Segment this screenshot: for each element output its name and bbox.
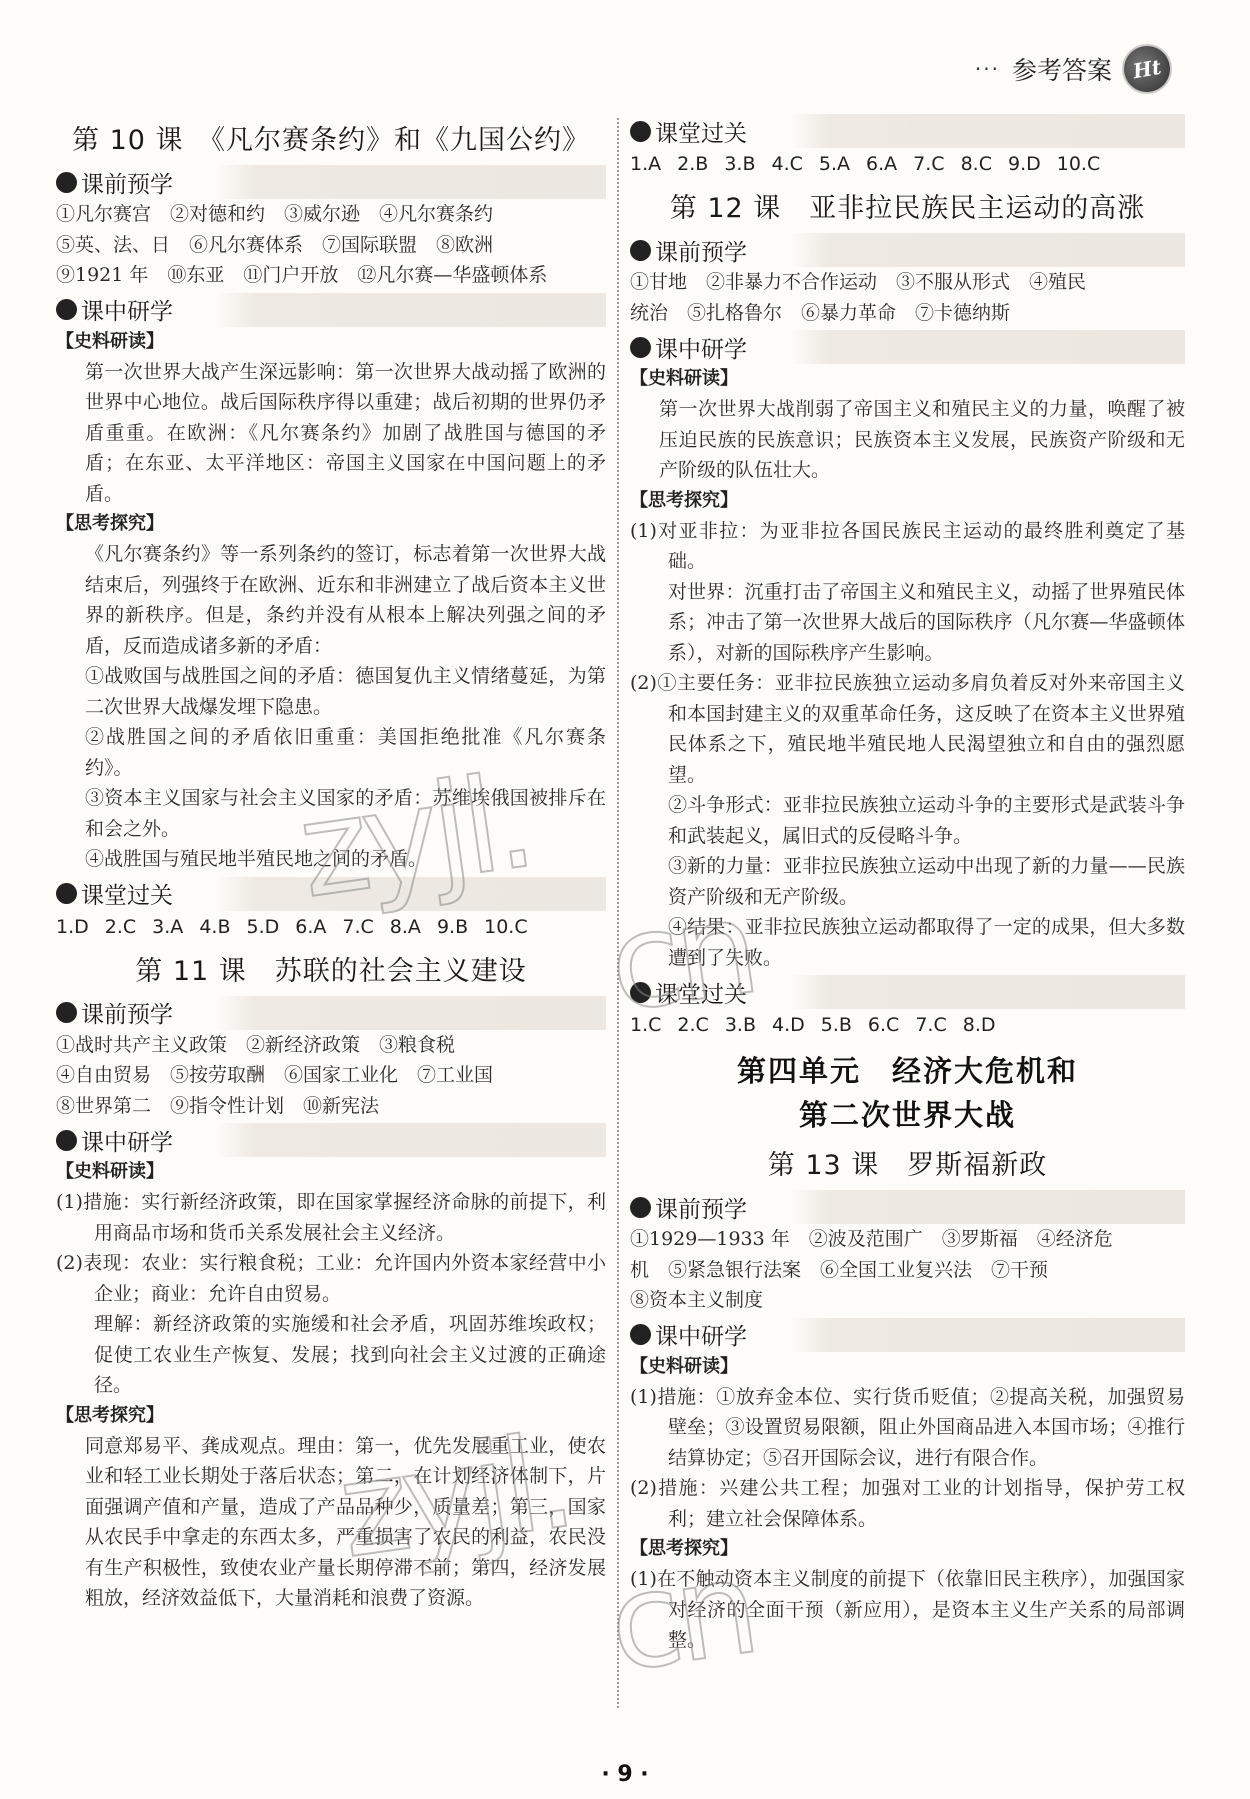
- inquiry-label: 【思考探究】: [630, 1534, 1185, 1564]
- section-pre-study: 课前预学: [56, 996, 606, 1030]
- answer: 5.B: [821, 1014, 852, 1036]
- section-in-class: 课中研学: [630, 1318, 1185, 1352]
- material-point: (1)措施：①放弃金本位、实行货币贬值；②提高关税，加强贸易壁垒；③设置贸易限额…: [630, 1382, 1185, 1474]
- pre-study-line: ⑨1921 年 ⑩东亚 ⑪门户开放 ⑫凡尔赛—华盛顿体系: [56, 260, 606, 291]
- bullet-icon: [630, 1324, 651, 1345]
- pre-study-line: ⑧资本主义制度: [630, 1285, 1185, 1316]
- bullet-icon: [630, 121, 651, 142]
- material-point: (1)措施：实行新经济政策，即在国家掌握经济命脉的前提下，利用商品市场和货币关系…: [56, 1187, 606, 1248]
- pre-study-line: 统治 ⑤扎格鲁尔 ⑥暴力革命 ⑦卡德纳斯: [630, 298, 1185, 329]
- inquiry-point: ②斗争形式：亚非拉民族独立运动斗争的主要形式是武装斗争和武装起义，属旧式的反侵略…: [630, 790, 1185, 851]
- inquiry-point: ④战胜国与殖民地半殖民地之间的矛盾。: [56, 844, 606, 875]
- answer: 5.D: [246, 916, 279, 938]
- inquiry-point: (1)在不触动资本主义制度的前提下（依靠旧民主秩序），加强国家对经济的全面干预（…: [630, 1564, 1185, 1656]
- material-reading-label: 【史料研读】: [630, 364, 1185, 394]
- answer: 8.A: [390, 916, 421, 938]
- page-header: ··· 参考答案 Ht: [975, 46, 1170, 92]
- quiz-answers: 1.D2.C3.A4.B5.D6.A7.C8.A9.B10.C: [56, 911, 606, 943]
- answer: 6.A: [295, 916, 326, 938]
- answer: 9.D: [1008, 153, 1041, 175]
- inquiry-point: ②战胜国之间的矛盾依旧重重：美国拒绝批准《凡尔赛条约》。: [56, 722, 606, 783]
- answer: 9.B: [437, 916, 468, 938]
- answer: 6.C: [868, 1014, 899, 1036]
- answer: 8.D: [963, 1014, 996, 1036]
- answer: 1.A: [630, 153, 661, 175]
- section-in-class: 课中研学: [630, 330, 1185, 364]
- inquiry-point: ①战败国与战胜国之间的矛盾：德国复仇主义情绪蔓延，为第二次世界大战爆发埋下隐患。: [56, 661, 606, 722]
- answer: 6.A: [866, 153, 897, 175]
- section-quiz: 课堂过关: [630, 975, 1185, 1009]
- answer: 10.C: [484, 916, 527, 938]
- answer: 7.C: [913, 153, 944, 175]
- section-pre-study: 课前预学: [630, 233, 1185, 267]
- lesson-11-title: 第 11 课 苏联的社会主义建设: [56, 949, 606, 988]
- material-understanding: 理解：新经济政策的实施缓和社会矛盾，巩固苏维埃政权；促使工农业生产恢复、发展；找…: [56, 1309, 606, 1401]
- answer: 2.C: [677, 1014, 708, 1036]
- section-quiz: 课堂过关: [630, 114, 1185, 148]
- lesson-10-title: 第 10 课 《凡尔赛条约》和《九国公约》: [56, 118, 606, 157]
- material-reading-label: 【史料研读】: [56, 1157, 606, 1187]
- answer: 3.B: [725, 1014, 756, 1036]
- section-in-class: 课中研学: [56, 293, 606, 327]
- bullet-icon: [56, 1002, 77, 1023]
- bullet-icon: [56, 1130, 77, 1151]
- inquiry-point: 对世界：沉重打击了帝国主义和殖民主义，动摇了世界殖民体系；冲击了第一次世界大战后…: [630, 577, 1185, 669]
- right-column: 课堂过关 1.A2.B3.B4.C5.A6.A7.C8.C9.D10.C 第 1…: [630, 112, 1185, 1656]
- bullet-icon: [630, 337, 651, 358]
- lesson-12-title: 第 12 课 亚非拉民族民主运动的高涨: [630, 186, 1185, 225]
- pre-study-line: ①战时共产主义政策 ②新经济政策 ③粮食税: [56, 1030, 606, 1061]
- pre-study-line: ①甘地 ②非暴力不合作运动 ③不服从形式 ④殖民: [630, 267, 1185, 298]
- material-reading-label: 【史料研读】: [56, 327, 606, 357]
- inquiry-intro: 《凡尔赛条约》等一系列条约的签订，标志着第一次世界大战结束后，列强终于在欧洲、近…: [56, 539, 606, 661]
- answer: 7.C: [915, 1014, 946, 1036]
- lesson-13-title: 第 13 课 罗斯福新政: [630, 1143, 1185, 1182]
- answer: 7.C: [342, 916, 373, 938]
- inquiry-label: 【思考探究】: [56, 509, 606, 539]
- material-reading-text: 第一次世界大战产生深远影响：第一次世界大战动摇了欧洲的世界中心地位。战后国际秩序…: [56, 357, 606, 510]
- answer: 5.A: [819, 153, 850, 175]
- bullet-icon: [630, 240, 651, 261]
- material-reading-label: 【史料研读】: [630, 1352, 1185, 1382]
- pre-study-line: ④自由贸易 ⑤按劳取酬 ⑥国家工业化 ⑦工业国: [56, 1060, 606, 1091]
- material-reading-text: 第一次世界大战削弱了帝国主义和殖民主义的力量，唤醒了被压迫民族的民族意识；民族资…: [630, 394, 1185, 486]
- inquiry-text: 同意郑易平、龚成观点。理由：第一，优先发展重工业，使农业和轻工业长期处于落后状态…: [56, 1431, 606, 1614]
- inquiry-point: ③资本主义国家与社会主义国家的矛盾：苏维埃俄国被排斥在和会之外。: [56, 783, 606, 844]
- answer: 8.C: [961, 153, 992, 175]
- answer: 3.B: [724, 153, 755, 175]
- section-pre-study: 课前预学: [630, 1190, 1185, 1224]
- bullet-icon: [56, 299, 77, 320]
- bullet-icon: [56, 172, 77, 193]
- material-point: (2)表现：农业：实行粮食税；工业：允许国内外资本家经营中小企业；商业：允许自由…: [56, 1248, 606, 1309]
- answer: 10.C: [1057, 153, 1100, 175]
- quiz-answers: 1.C2.C3.B4.D5.B6.C7.C8.D: [630, 1009, 1185, 1041]
- publisher-logo-icon: Ht: [1120, 42, 1173, 95]
- pre-study-line: 机 ⑤紧急银行法案 ⑥全国工业复兴法 ⑦干预: [630, 1255, 1185, 1286]
- pre-study-line: ⑧世界第二 ⑨指令性计划 ⑩新宪法: [56, 1091, 606, 1122]
- quiz-answers: 1.A2.B3.B4.C5.A6.A7.C8.C9.D10.C: [630, 148, 1185, 180]
- bullet-icon: [630, 982, 651, 1003]
- header-title: 参考答案: [1012, 51, 1112, 87]
- answer: 2.B: [677, 153, 708, 175]
- bullet-icon: [56, 883, 77, 904]
- answer: 1.C: [630, 1014, 661, 1036]
- inquiry-point: ④结果：亚非拉民族独立运动都取得了一定的成果，但大多数遭到了失败。: [630, 912, 1185, 973]
- unit-4-title: 第四单元 经济大危机和 第二次世界大战: [630, 1049, 1185, 1137]
- bullet-icon: [630, 1197, 651, 1218]
- answer: 1.D: [56, 916, 89, 938]
- inquiry-point: ③新的力量：亚非拉民族独立运动中出现了新的力量——民族资产阶级和无产阶级。: [630, 851, 1185, 912]
- pre-study-line: ①凡尔赛宫 ②对德和约 ③威尔逊 ④凡尔赛条约: [56, 199, 606, 230]
- answer: 4.D: [772, 1014, 805, 1036]
- left-column: 第 10 课 《凡尔赛条约》和《九国公约》 课前预学 ①凡尔赛宫 ②对德和约 ③…: [56, 112, 606, 1614]
- section-quiz: 课堂过关: [56, 877, 606, 911]
- inquiry-point: (1)对亚非拉：为亚非拉各国民族民主运动的最终胜利奠定了基础。: [630, 516, 1185, 577]
- page-number: · 9 ·: [0, 1762, 1250, 1787]
- material-point: (2)措施：兴建公共工程；加强对工业的计划指导，保护劳工权利；建立社会保障体系。: [630, 1473, 1185, 1534]
- answer: 4.C: [771, 153, 802, 175]
- section-pre-study: 课前预学: [56, 165, 606, 199]
- pre-study-line: ⑤英、法、日 ⑥凡尔赛体系 ⑦国际联盟 ⑧欧洲: [56, 230, 606, 261]
- inquiry-label: 【思考探究】: [56, 1401, 606, 1431]
- inquiry-label: 【思考探究】: [630, 486, 1185, 516]
- answer: 4.B: [199, 916, 230, 938]
- pre-study-line: ①1929—1933 年 ②波及范围广 ③罗斯福 ④经济危: [630, 1224, 1185, 1255]
- inquiry-point: (2)①主要任务：亚非拉民族独立运动多肩负着反对外来帝国主义和本国封建主义的双重…: [630, 668, 1185, 790]
- section-in-class: 课中研学: [56, 1123, 606, 1157]
- column-divider: [617, 118, 619, 1708]
- header-dots: ···: [975, 57, 1000, 81]
- answer: 2.C: [105, 916, 136, 938]
- answer: 3.A: [152, 916, 183, 938]
